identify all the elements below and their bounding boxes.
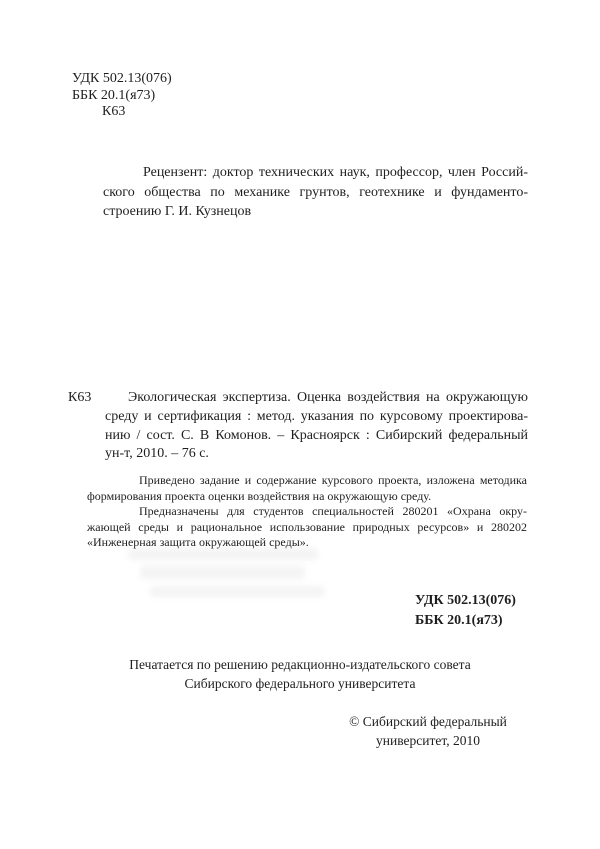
text-line: формирования проекта оценки воздействия … xyxy=(87,489,527,505)
text-line: Рецензент: доктор технических наук, проф… xyxy=(103,163,528,183)
text-line: нию / сост. С. В Комонов. – Красноярск :… xyxy=(105,427,528,446)
text-line: Предназначены для студентов специальност… xyxy=(87,504,527,520)
text-line: ун-т, 2010. – 76 с. xyxy=(105,445,528,464)
bbk-code-bold: ББК 20.1(я73) xyxy=(415,611,516,631)
bbk-code: ББК 20.1(я73) xyxy=(72,88,172,105)
text-line: строению Г. И. Кузнецов xyxy=(103,202,528,222)
reviewer-paragraph: Рецензент: доктор технических наук, проф… xyxy=(103,163,528,222)
printing-note: Печатается по решению редакционно-издате… xyxy=(0,655,600,693)
catalog-entry: К63 Экологическая экспертиза. Оценка воз… xyxy=(105,389,528,464)
top-codes-block: УДК 502.13(076) ББК 20.1(я73) К63 xyxy=(72,71,172,121)
copyright-notice: © Сибирский федеральныйуниверситет, 2010 xyxy=(338,712,518,750)
text-line: «Инженерная защита окружающей среды». xyxy=(87,535,527,551)
udc-code-bold: УДК 502.13(076) xyxy=(415,591,516,611)
annotation-block: Приведено задание и содержание курсового… xyxy=(87,473,527,551)
udc-code: УДК 502.13(076) xyxy=(72,71,172,88)
imprint-page: УДК 502.13(076) ББК 20.1(я73) К63 Реценз… xyxy=(0,0,600,849)
text-line: ского общества по механике грунтов, геот… xyxy=(103,183,528,203)
author-sign: К63 xyxy=(102,104,172,121)
catalog-entry-label: К63 xyxy=(68,389,91,408)
scan-bleedthrough-artifact xyxy=(140,566,305,579)
text-line: © Сибирский федеральный xyxy=(338,712,518,731)
text-line: Экологическая экспертиза. Оценка воздейс… xyxy=(105,389,528,408)
text-line: Сибирского федерального университета xyxy=(0,674,600,693)
catalog-entry-text: Экологическая экспертиза. Оценка воздейс… xyxy=(105,389,528,464)
annotation-paragraph-2: Предназначены для студентов специальност… xyxy=(87,504,527,551)
text-line: Приведено задание и содержание курсового… xyxy=(87,473,527,489)
text-line: Печатается по решению редакционно-издате… xyxy=(0,655,600,674)
annotation-paragraph-1: Приведено задание и содержание курсового… xyxy=(87,473,527,504)
text-line: среду и сертификация : метод. указания п… xyxy=(105,408,528,427)
text-line: университет, 2010 xyxy=(338,731,518,750)
codes-footer-block: УДК 502.13(076) ББК 20.1(я73) xyxy=(415,591,516,631)
text-line: жающей среды и рациональное использовани… xyxy=(87,520,527,536)
scan-bleedthrough-artifact xyxy=(150,586,325,597)
